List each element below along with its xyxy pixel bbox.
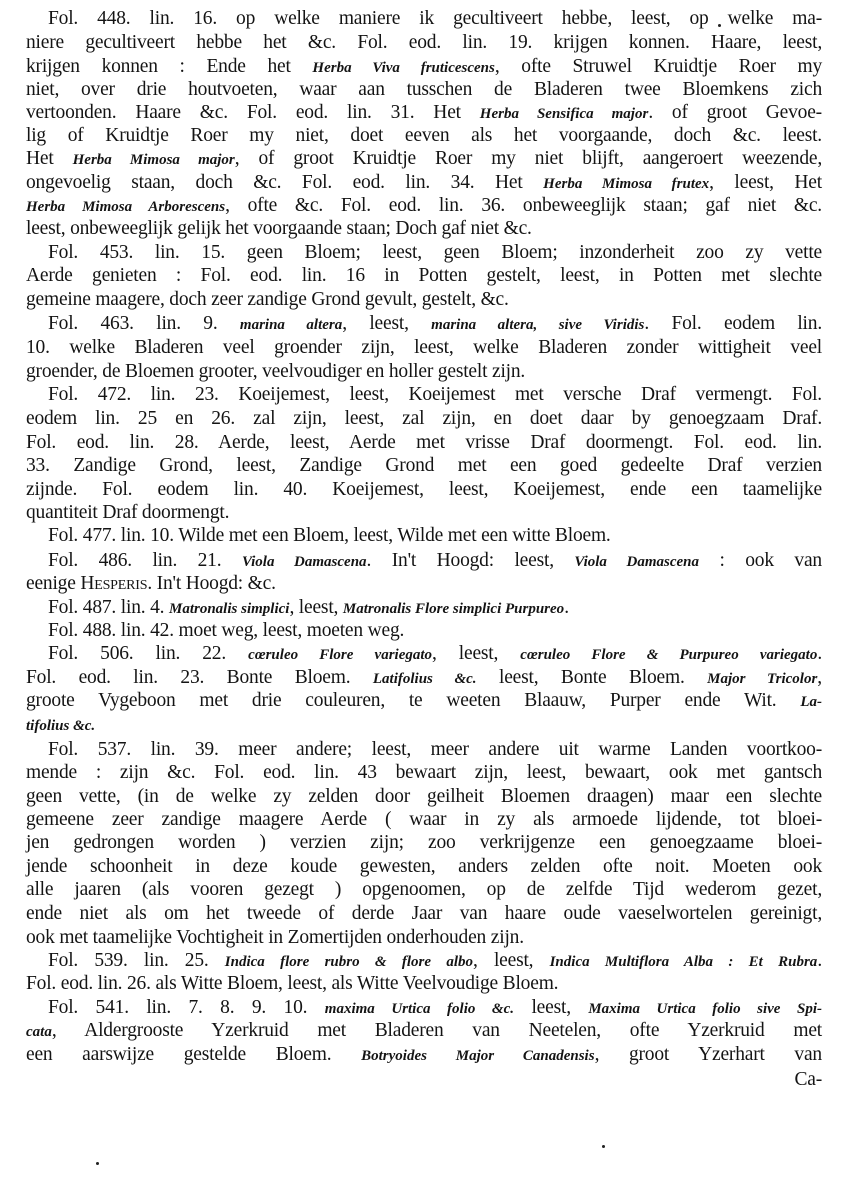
text-run: , leest, bbox=[473, 950, 550, 971]
text-run: mende : zijn &c. Fol. eod. lin. 43 bewaa… bbox=[26, 762, 822, 783]
latin-name: Herba Mimosa major bbox=[73, 152, 235, 168]
text-run: Ca- bbox=[794, 1069, 822, 1090]
text-line: ongevoelig staan, doch &c. Fol. eod. lin… bbox=[26, 172, 822, 194]
text-line: gemeine maagere, doch zeer zandige Grond… bbox=[26, 289, 822, 311]
text-run: , leest, bbox=[289, 597, 342, 618]
latin-name: maxima Urtica folio &c. bbox=[325, 1001, 514, 1017]
text-line: Fol. eod. lin. 28. Aerde, leest, Aerde m… bbox=[26, 432, 822, 454]
text-line: niere gecultiveert hebbe het &c. Fol. eo… bbox=[26, 32, 822, 54]
text-line: Herba Mimosa Arborescens, ofte &c. Fol. … bbox=[26, 195, 822, 217]
text-run: ende niet als om het tweede of derde Jaa… bbox=[26, 903, 822, 924]
text-line: Fol. 539. lin. 25. Indica flore rubro & … bbox=[48, 950, 822, 972]
document-page: Fol. 448. lin. 16. op welke maniere ik g… bbox=[0, 0, 849, 1200]
text-run: Het bbox=[26, 148, 73, 169]
text-run: Fol. eod. lin. 28. Aerde, leest, Aerde m… bbox=[26, 432, 822, 453]
text-run: Fol. 477. lin. 10. Wilde met een Bloem, … bbox=[48, 525, 611, 546]
text-run: zijnde. Fol. eodem lin. 40. Koeijemest, … bbox=[26, 479, 822, 500]
text-run: . In't Hoogd: leest, bbox=[367, 550, 575, 571]
text-line: alle jaaren (als vooren gezegt ) opgenoo… bbox=[26, 879, 822, 901]
text-run: . Fol. eodem lin. bbox=[644, 313, 822, 334]
latin-name: Herba Mimosa Arborescens bbox=[26, 199, 225, 215]
text-line: cata, Aldergrooste Yzerkruid met Bladere… bbox=[26, 1020, 822, 1042]
text-run: Fol. 486. lin. 21. bbox=[48, 550, 242, 571]
text-run: Fol. 463. lin. 9. bbox=[48, 313, 240, 334]
text-run: , Aldergrooste Yzerkruid met Bladeren va… bbox=[52, 1020, 822, 1041]
latin-name: Indica Multiflora Alba : Et Rubra bbox=[550, 954, 818, 970]
latin-name: Herba Mimosa frutex bbox=[543, 176, 709, 192]
text-line: zijnde. Fol. eodem lin. 40. Koeijemest, … bbox=[26, 479, 822, 501]
text-run: 10. welke Bladeren veel groender zijn, l… bbox=[26, 337, 822, 358]
text-run: , groot Yzerhart van bbox=[595, 1044, 822, 1065]
text-run: Fol. 506. lin. 22. bbox=[48, 643, 248, 664]
latin-name: Matronalis simplici bbox=[169, 601, 289, 617]
text-run: ook met taamelijke Vochtigheit in Zomert… bbox=[26, 927, 524, 948]
text-line: Fol. 463. lin. 9. marina altera, leest, … bbox=[48, 313, 822, 335]
text-line: 10. welke Bladeren veel groender zijn, l… bbox=[26, 337, 822, 359]
text-run: jende schoonheit in deze koude gewesten,… bbox=[26, 856, 822, 877]
text-line: tifolius &c. bbox=[26, 714, 822, 736]
text-line: Fol. 506. lin. 22. cœruleo Flore variega… bbox=[48, 643, 822, 665]
text-run: leest, Bonte Bloem. bbox=[477, 667, 708, 688]
latin-name: tifolius &c. bbox=[26, 718, 95, 734]
text-run: groender, de Bloemen grooter, veelvoudig… bbox=[26, 361, 525, 382]
text-run: , ofte Struwel Kruidtje Roer my bbox=[495, 56, 822, 77]
text-run: leest, onbeweeglijk gelijk het voorgaand… bbox=[26, 218, 532, 239]
text-line: Fol. 487. lin. 4. Matronalis simplici, l… bbox=[48, 597, 822, 619]
text-run: niet, over drie houtvoeten, waar aan tus… bbox=[26, 79, 822, 100]
text-run: Fol. 488. lin. 42. moet weg, leest, moet… bbox=[48, 620, 404, 641]
text-line: lig of Kruidtje Roer my niet, doet eeven… bbox=[26, 125, 822, 147]
text-line: krijgen konnen : Ende het Herba Viva fru… bbox=[26, 56, 822, 78]
text-run: niere gecultiveert hebbe het &c. Fol. eo… bbox=[26, 32, 822, 53]
latin-name: Viola Damascena bbox=[574, 554, 699, 570]
text-line: Fol. 541. lin. 7. 8. 9. 10. maxima Urtic… bbox=[48, 997, 822, 1019]
catchword: Ca- bbox=[26, 1069, 822, 1091]
text-run: een aarswijze gestelde Bloem. bbox=[26, 1044, 361, 1065]
latin-name: La- bbox=[800, 694, 822, 710]
text-line: eenige Hesperis. In't Hoogd: &c. bbox=[26, 573, 822, 595]
text-run: vertoonden. Haare &c. Fol. eod. lin. 31.… bbox=[26, 102, 480, 123]
text-line: mende : zijn &c. Fol. eod. lin. 43 bewaa… bbox=[26, 762, 822, 784]
text-run: krijgen konnen : Ende het bbox=[26, 56, 312, 77]
text-line: geen vette, (in de welke zy zelden door … bbox=[26, 786, 822, 808]
latin-name: Herba Sensifica major bbox=[480, 106, 649, 122]
text-line: Fol. 537. lin. 39. meer andere; leest, m… bbox=[48, 739, 822, 761]
text-run: quantiteit Draf doormengt. bbox=[26, 502, 229, 523]
latin-name: cœruleo Flore & Purpureo variegato bbox=[520, 647, 817, 663]
latin-name: marina altera bbox=[240, 317, 342, 333]
text-line: Fol. eod. lin. 23. Bonte Bloem. Latifoli… bbox=[26, 667, 822, 689]
text-line: 33. Zandige Grond, leest, Zandige Grond … bbox=[26, 455, 822, 477]
latin-name: Botryoides Major Canadensis bbox=[361, 1048, 594, 1064]
text-run: Fol. 541. lin. 7. 8. 9. 10. bbox=[48, 997, 325, 1018]
latin-name: Maxima Urtica folio sive Spi- bbox=[588, 1001, 822, 1017]
text-line: jende schoonheit in deze koude gewesten,… bbox=[26, 856, 822, 878]
text-run: . In't Hoogd: &c. bbox=[147, 573, 275, 594]
latin-name: Major Tricolor bbox=[707, 671, 817, 687]
text-line: groote Vygeboon met drie couleuren, te w… bbox=[26, 690, 822, 712]
text-run: Fol. eod. lin. 26. als Witte Bloem, lees… bbox=[26, 973, 558, 994]
latin-name: Indica flore rubro & flore albo bbox=[225, 954, 473, 970]
latin-name: marina altera, sive Viridis bbox=[431, 317, 644, 333]
latin-name: Matronalis Flore simplici Purpureo bbox=[343, 601, 564, 617]
text-run: , leest, Het bbox=[709, 172, 822, 193]
text-line: niet, over drie houtvoeten, waar aan tus… bbox=[26, 79, 822, 101]
latin-name: Viola Damascena bbox=[242, 554, 367, 570]
text-run: : ook van bbox=[699, 550, 822, 571]
scan-speck bbox=[718, 24, 721, 27]
latin-name: Herba Viva fruticescens bbox=[312, 60, 494, 76]
text-run: lig of Kruidtje Roer my niet, doet eeven… bbox=[26, 125, 822, 146]
text-run: alle jaaren (als vooren gezegt ) opgenoo… bbox=[26, 879, 822, 900]
text-run: Fol. 539. lin. 25. bbox=[48, 950, 225, 971]
text-run: Aerde genieten : Fol. eod. lin. 16 in Po… bbox=[26, 265, 822, 286]
text-line: quantiteit Draf doormengt. bbox=[26, 502, 822, 524]
text-line: Fol. 453. lin. 15. geen Bloem; leest, ge… bbox=[48, 242, 822, 264]
text-line: gemeene zeer zandige maagere Aerde ( waa… bbox=[26, 809, 822, 831]
text-run: eodem lin. 25 en 26. zal zijn, leest, za… bbox=[26, 408, 822, 429]
text-run: gemeene zeer zandige maagere Aerde ( waa… bbox=[26, 809, 822, 830]
text-line: eodem lin. 25 en 26. zal zijn, leest, za… bbox=[26, 408, 822, 430]
text-run: . bbox=[817, 950, 822, 971]
latin-name: cata bbox=[26, 1024, 52, 1040]
text-line: Aerde genieten : Fol. eod. lin. 16 in Po… bbox=[26, 265, 822, 287]
text-line: Fol. eod. lin. 26. als Witte Bloem, lees… bbox=[26, 973, 822, 995]
text-run: geen vette, (in de welke zy zelden door … bbox=[26, 786, 822, 807]
text-line: een aarswijze gestelde Bloem. Botryoides… bbox=[26, 1044, 822, 1066]
text-run: Fol. 472. lin. 23. Koeijemest, leest, Ko… bbox=[48, 384, 822, 405]
text-line: ook met taamelijke Vochtigheit in Zomert… bbox=[26, 927, 822, 949]
text-line: leest, onbeweeglijk gelijk het voorgaand… bbox=[26, 218, 822, 240]
text-line: Fol. 488. lin. 42. moet weg, leest, moet… bbox=[48, 620, 822, 642]
text-line: vertoonden. Haare &c. Fol. eod. lin. 31.… bbox=[26, 102, 822, 124]
text-run: , bbox=[817, 667, 822, 688]
text-run: eenige bbox=[26, 573, 80, 594]
text-run: jen gedrongen worden ) verzien zijn; zoo… bbox=[26, 832, 822, 853]
text-run: gemeine maagere, doch zeer zandige Grond… bbox=[26, 289, 509, 310]
text-run: . bbox=[817, 643, 822, 664]
text-run: Fol. 537. lin. 39. meer andere; leest, m… bbox=[48, 739, 822, 760]
small-caps-name: Hesperis bbox=[80, 573, 147, 594]
text-run: ongevoelig staan, doch &c. Fol. eod. lin… bbox=[26, 172, 543, 193]
text-run: Fol. 448. lin. 16. op welke maniere ik g… bbox=[48, 8, 822, 29]
scan-speck bbox=[602, 1145, 605, 1148]
scan-speck bbox=[96, 1162, 99, 1165]
text-run: 33. Zandige Grond, leest, Zandige Grond … bbox=[26, 455, 822, 476]
latin-name: Latifolius &c. bbox=[373, 671, 477, 687]
text-line: Fol. 477. lin. 10. Wilde met een Bloem, … bbox=[48, 525, 822, 547]
text-line: Fol. 448. lin. 16. op welke maniere ik g… bbox=[48, 8, 822, 30]
text-run: , leest, bbox=[342, 313, 431, 334]
text-line: Fol. 486. lin. 21. Viola Damascena. In't… bbox=[48, 550, 822, 572]
text-line: jen gedrongen worden ) verzien zijn; zoo… bbox=[26, 832, 822, 854]
text-run: Fol. 487. lin. 4. bbox=[48, 597, 169, 618]
text-run: leest, bbox=[514, 997, 588, 1018]
text-run: . bbox=[564, 597, 569, 618]
text-line: Het Herba Mimosa major, of groot Kruidtj… bbox=[26, 148, 822, 170]
text-run: , leest, bbox=[432, 643, 520, 664]
text-run: , of groot Kruidtje Roer my niet blijft,… bbox=[235, 148, 822, 169]
latin-name: cœruleo Flore variegato bbox=[248, 647, 432, 663]
text-run: groote Vygeboon met drie couleuren, te w… bbox=[26, 690, 800, 711]
text-run: Fol. eod. lin. 23. Bonte Bloem. bbox=[26, 667, 373, 688]
text-run: , ofte &c. Fol. eod. lin. 36. onbeweegli… bbox=[225, 195, 822, 216]
text-line: Fol. 472. lin. 23. Koeijemest, leest, Ko… bbox=[48, 384, 822, 406]
text-line: groender, de Bloemen grooter, veelvoudig… bbox=[26, 361, 822, 383]
text-run: Fol. 453. lin. 15. geen Bloem; leest, ge… bbox=[48, 242, 822, 263]
text-line: ende niet als om het tweede of derde Jaa… bbox=[26, 903, 822, 925]
text-run: . of groot Gevoe- bbox=[648, 102, 822, 123]
